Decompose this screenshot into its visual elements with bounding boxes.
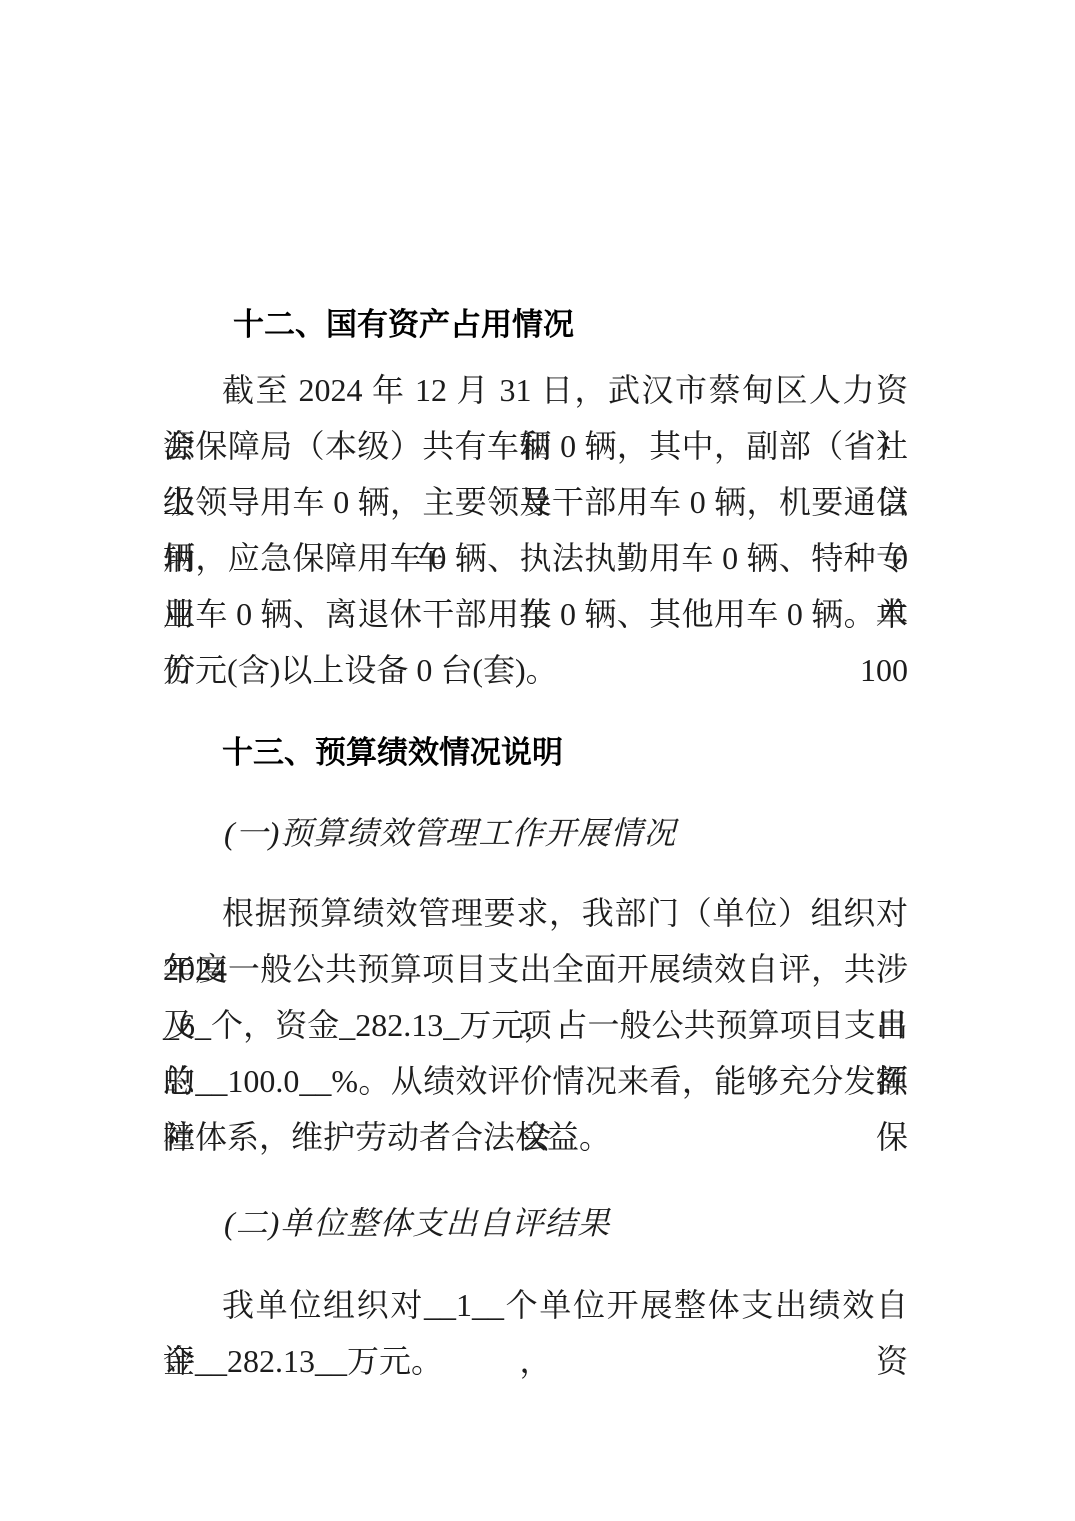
paragraph-line: _6_个，资金_282.13_万元，占一般公共预算项目支出总额 xyxy=(163,997,908,1053)
paragraph-line: 辆，应急保障用车 0 辆、执法执勤用车 0 辆、特种专业技术 xyxy=(163,530,908,586)
heading-state-owned-assets: 十二、国有资产占用情况 xyxy=(163,303,908,347)
subheading-unit-self-evaluation: (二)单位整体支出自评结果 xyxy=(163,1201,908,1245)
heading-budget-performance: 十三、预算绩效情况说明 xyxy=(163,731,908,775)
paragraph-line: 我单位组织对__1__个单位开展整体支出绩效自评，资 xyxy=(163,1277,908,1333)
paragraph-line: 截至 2024 年 12 月 31 日，武汉市蔡甸区人力资源和社 xyxy=(163,362,908,418)
paragraph-line: 年度一般公共预算项目支出全面开展绩效自评，共涉及项目 xyxy=(163,941,908,997)
subheading-performance-management: (一)预算绩效管理工作开展情况 xyxy=(163,811,908,855)
paragraph-line: 会保障局（本级）共有车辆 0 辆，其中，副部（省）级及以 xyxy=(163,418,908,474)
paragraph-line: 的__100.0__%。从绩效评价情况来看，能够充分发挥社会保 xyxy=(163,1053,908,1109)
paragraph-unit-self-evaluation: 我单位组织对__1__个单位开展整体支出绩效自评，资 金__282.13__万元… xyxy=(163,1277,908,1389)
document-content: 十二、国有资产占用情况 截至 2024 年 12 月 31 日，武汉市蔡甸区人力… xyxy=(163,0,908,1389)
paragraph-state-owned-assets: 截至 2024 年 12 月 31 日，武汉市蔡甸区人力资源和社 会保障局（本级… xyxy=(163,362,908,698)
paragraph-performance-management: 根据预算绩效管理要求，我部门（单位）组织对 2024 年度一般公共预算项目支出全… xyxy=(163,885,908,1165)
paragraph-line: 用车 0 辆、离退休干部用车 0 辆、其他用车 0 辆。单价 100 xyxy=(163,586,908,642)
paragraph-line: 根据预算绩效管理要求，我部门（单位）组织对 2024 xyxy=(163,885,908,941)
document-page: 十二、国有资产占用情况 截至 2024 年 12 月 31 日，武汉市蔡甸区人力… xyxy=(0,0,1075,1521)
paragraph-line: 上领导用车 0 辆，主要领导干部用车 0 辆，机要通信用车 0 xyxy=(163,474,908,530)
